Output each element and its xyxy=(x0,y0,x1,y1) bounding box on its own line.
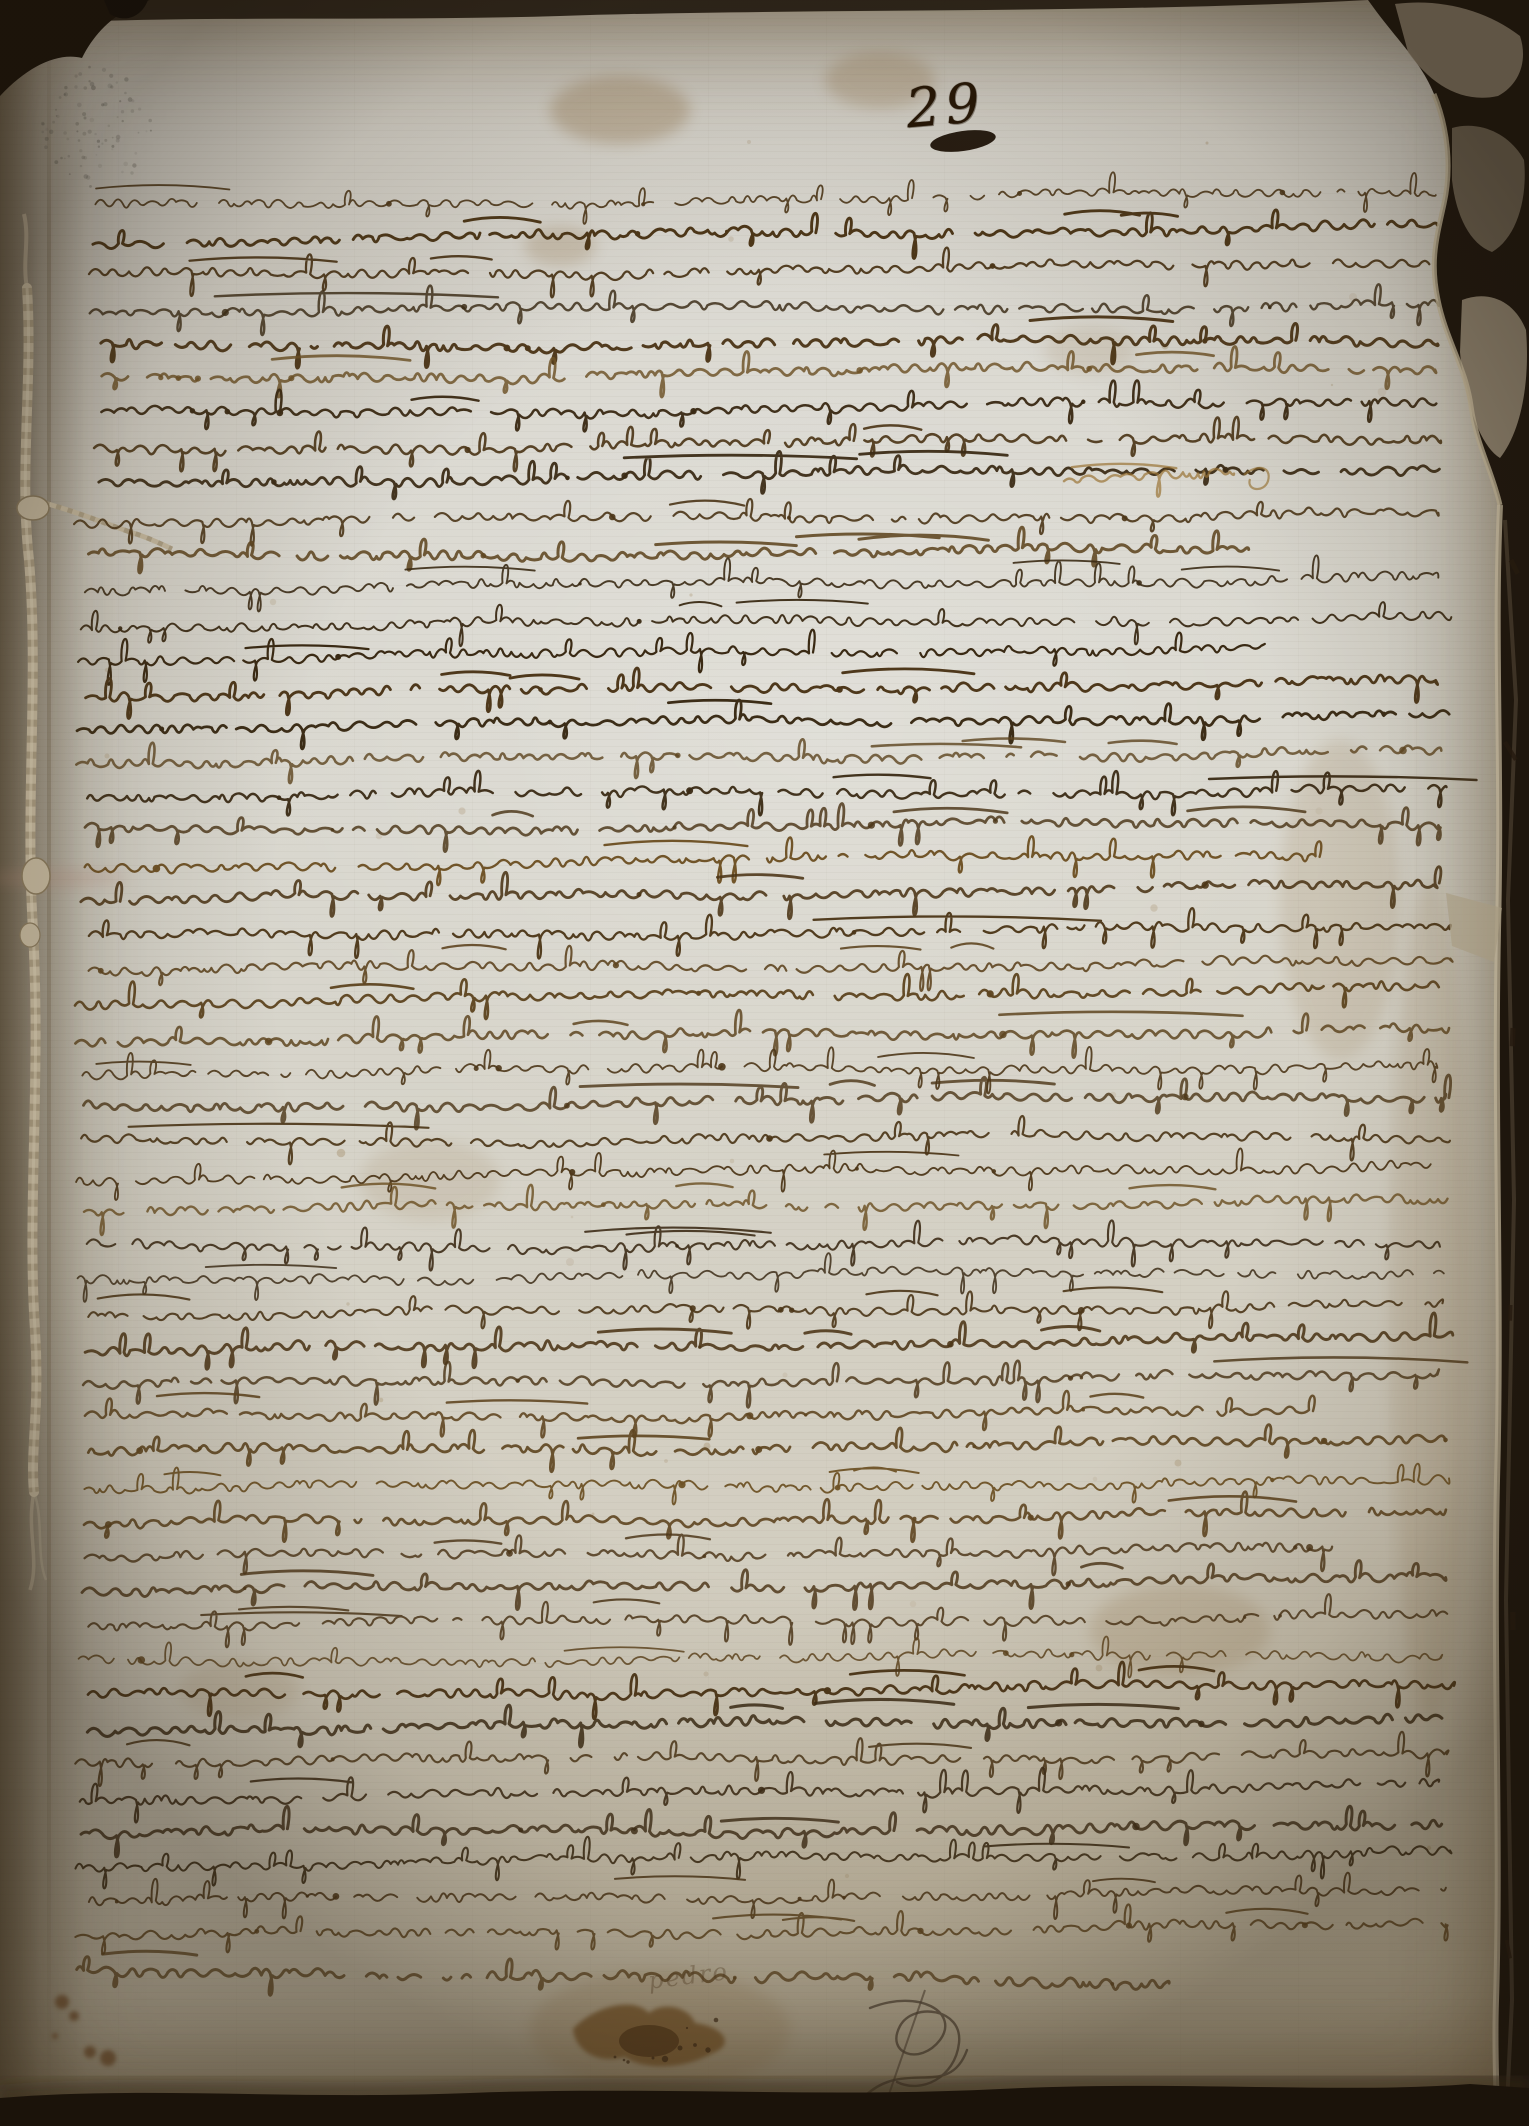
page-edges-and-background xyxy=(0,0,1529,2126)
handwritten-text-lines xyxy=(74,172,1476,1995)
folio-number: 29 xyxy=(903,71,987,141)
manuscript-page-photo: 29 pedro xyxy=(0,0,1529,2126)
manuscript-scene xyxy=(0,0,1529,2126)
